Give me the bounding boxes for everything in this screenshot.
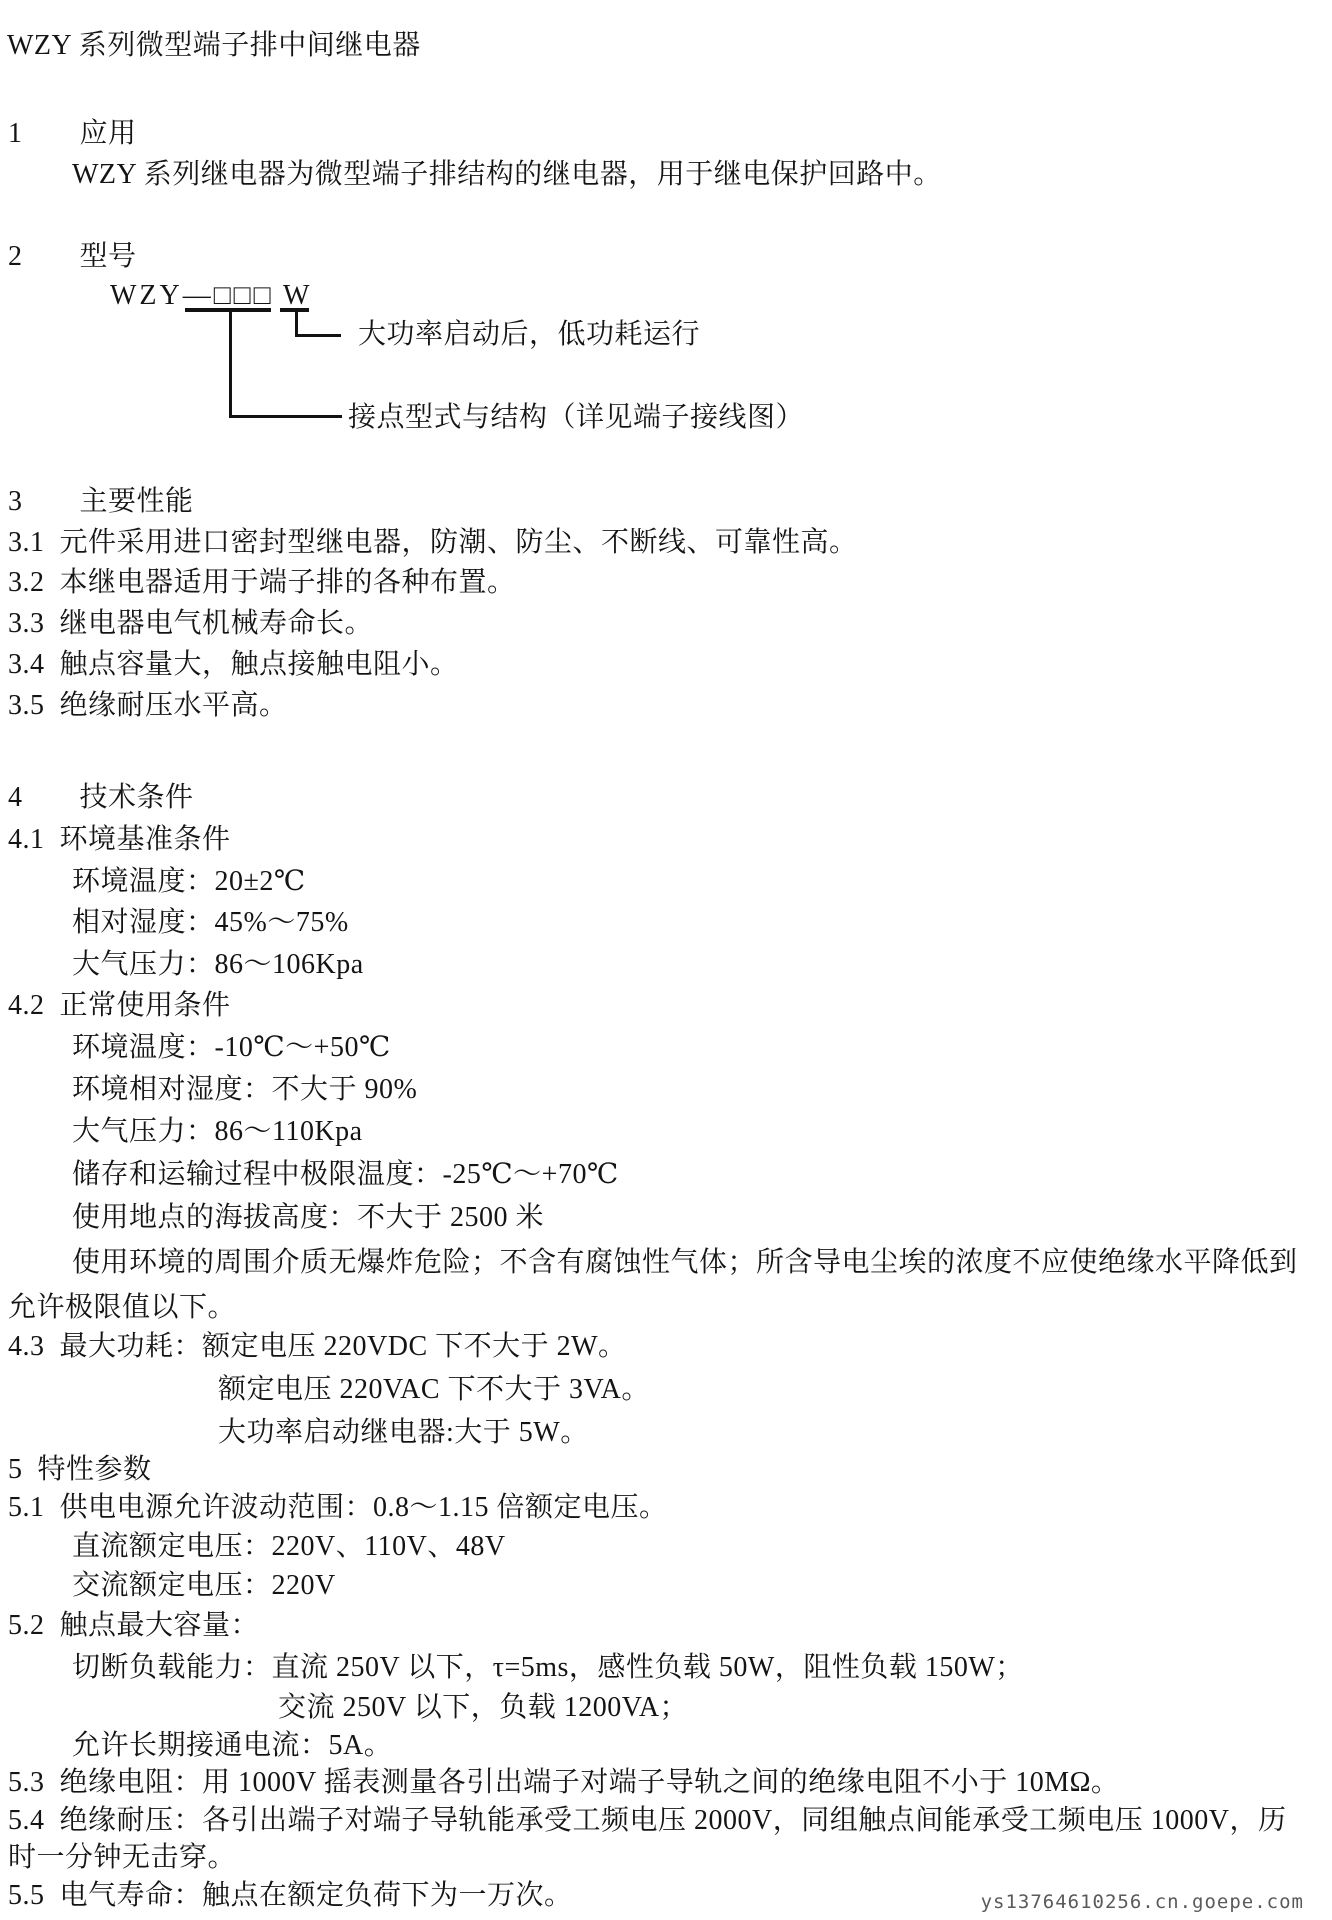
spec-power-vac: 额定电压 220VAC 下不大于 3VA。 (218, 1375, 650, 1405)
w-bracket-horizontal (295, 334, 341, 337)
item-5-4-line2: 时一分钟无击穿。 (8, 1843, 236, 1873)
spec-ac-voltage: 交流额定电压：220V (72, 1571, 336, 1601)
item-3-3: 3.3 继电器电气机械寿命长。 (8, 609, 373, 639)
spec-ref-temperature: 环境温度：20±2℃ (72, 867, 306, 897)
sec2-heading: 2 型号 (8, 242, 137, 272)
document-page: WZY 系列微型端子排中间继电器1 应用WZY 系列继电器为微型端子排结构的继电… (0, 0, 1332, 1920)
item-5-4-line1: 5.4 绝缘耐压：各引出端子对端子导轨能承受工频电压 2000V，同组触点间能承… (8, 1806, 1286, 1836)
spec-ref-humidity: 相对湿度：45%～75% (72, 908, 349, 938)
sec4-heading: 4 技术条件 (8, 783, 194, 813)
spec-use-pressure: 大气压力：86～110Kpa (72, 1117, 363, 1147)
spec-use-humidity: 环境相对湿度：不大于 90% (72, 1075, 417, 1105)
spec-environment-line1: 使用环境的周围介质无爆炸危险；不含有腐蚀性气体；所含导电尘埃的浓度不应使绝缘水平… (72, 1248, 1298, 1278)
watermark-text: ys13764610256.cn.goepe.com (981, 1891, 1304, 1913)
spec-environment-line2: 允许极限值以下。 (8, 1293, 236, 1323)
model-code: WZY—□□□ W (110, 281, 312, 311)
spec-ref-pressure: 大气压力：86～106Kpa (72, 950, 364, 980)
spec-continuous-current: 允许长期接通电流：5A。 (72, 1731, 392, 1761)
item-3-4: 3.4 触点容量大，触点接触电阻小。 (8, 650, 459, 680)
spec-altitude: 使用地点的海拔高度：不大于 2500 米 (72, 1203, 544, 1233)
item-3-5: 3.5 绝缘耐压水平高。 (8, 691, 288, 721)
doc-title: WZY 系列微型端子排中间继电器 (7, 31, 421, 61)
spec-storage-temperature: 储存和运输过程中极限温度：-25℃～+70℃ (72, 1160, 619, 1190)
diagram-label-contact: 接点型式与结构（详见端子接线图） (348, 403, 804, 433)
item-5-5: 5.5 电气寿命：触点在额定负荷下为一万次。 (8, 1881, 573, 1911)
item-3-1: 3.1 元件采用进口密封型继电器，防潮、防尘、不断线、可靠性高。 (8, 528, 858, 558)
w-bracket-vertical (295, 308, 298, 337)
contact-bracket-vertical (229, 308, 232, 418)
contact-bracket-horizontal (229, 415, 342, 418)
sec1-heading: 1 应用 (8, 119, 137, 149)
item-4-1: 4.1 环境基准条件 (8, 825, 231, 855)
sec3-heading: 3 主要性能 (8, 487, 194, 517)
spec-breaking-ac: 交流 250V 以下，负载 1200VA； (278, 1693, 688, 1723)
item-5-2: 5.2 触点最大容量： (8, 1611, 259, 1641)
sec5-heading: 5 特性参数 (8, 1455, 152, 1485)
spec-use-temperature: 环境温度：-10℃～+50℃ (72, 1033, 391, 1063)
item-4-2: 4.2 正常使用条件 (8, 991, 231, 1021)
item-5-1: 5.1 供电电源允许波动范围：0.8～1.15 倍额定电压。 (8, 1493, 668, 1523)
item-4-3: 4.3 最大功耗：额定电压 220VDC 下不大于 2W。 (8, 1332, 627, 1362)
model-underline-contact-digits (185, 308, 271, 312)
diagram-label-low-power: 大功率启动后，低功耗运行 (358, 320, 700, 350)
spec-power-startup: 大功率启动继电器:大于 5W。 (218, 1418, 589, 1448)
item-3-2: 3.2 本继电器适用于端子排的各种布置。 (8, 568, 516, 598)
item-5-3: 5.3 绝缘电阻：用 1000V 摇表测量各引出端子对端子导轨之间的绝缘电阻不小… (8, 1768, 1119, 1798)
sec1-paragraph: WZY 系列继电器为微型端子排结构的继电器，用于继电保护回路中。 (72, 160, 942, 190)
spec-dc-voltage: 直流额定电压：220V、110V、48V (72, 1532, 506, 1562)
spec-breaking-dc: 切断负载能力：直流 250V 以下，τ=5ms，感性负载 50W，阻性负载 15… (72, 1653, 1024, 1683)
